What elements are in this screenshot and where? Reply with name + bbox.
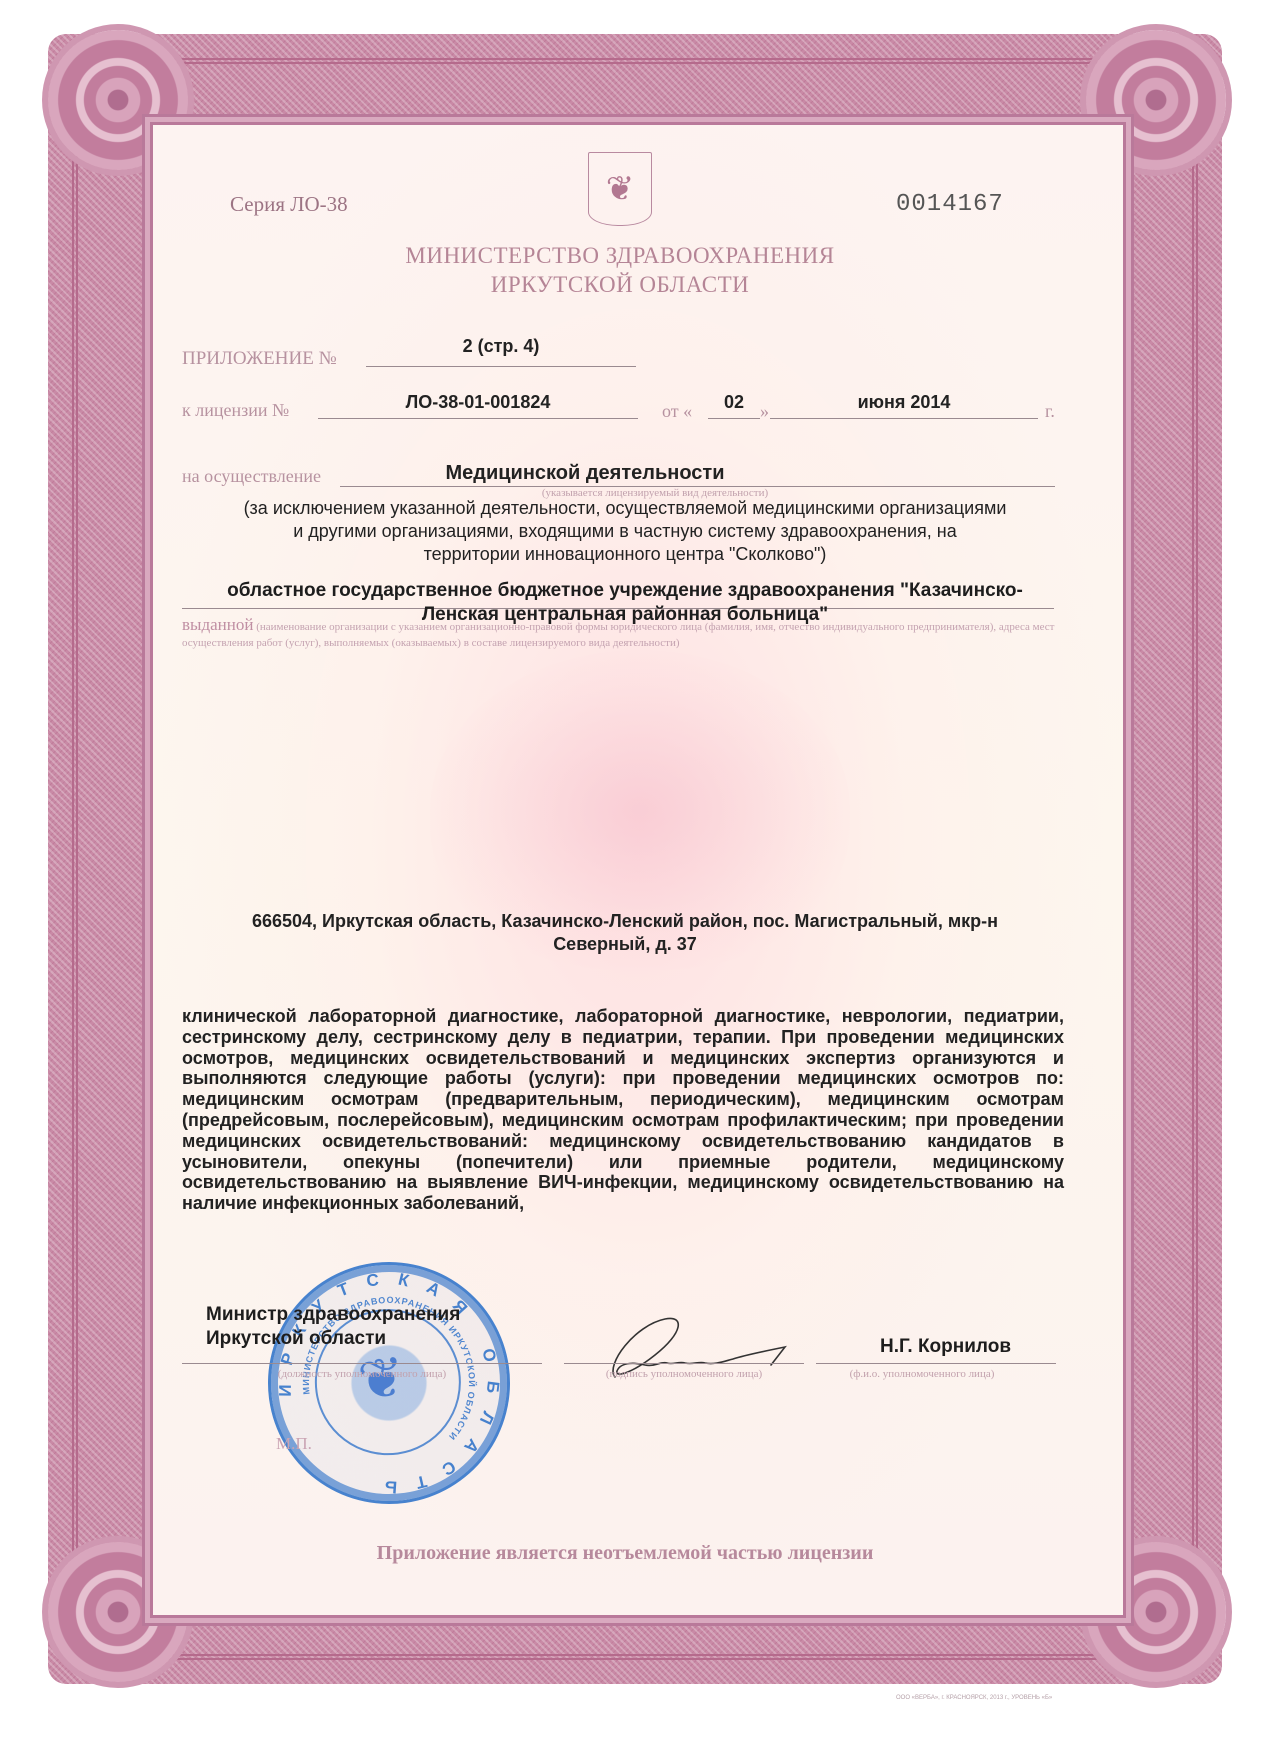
issued-caption: (наименование организации с указанием ор… [182, 621, 1054, 649]
position-caption: (должность уполномоченного лица) [182, 1368, 542, 1380]
year-suffix: г. [1045, 401, 1055, 422]
printer-imprint: ООО «ВЕРБА», г. КРАСНОЯРСК, 2013 г., УРО… [896, 1695, 1052, 1701]
signatory-name: Н.Г. Корнилов [880, 1336, 1011, 1358]
activity-exclusion-line3: территории инновационного центра "Сколко… [180, 543, 1070, 566]
ministry-title-line2: ИРКУТСКОЙ ОБЛАСТИ [300, 272, 940, 298]
date-from-label: от « [662, 401, 692, 422]
date-month-year: июня 2014 [770, 392, 1038, 413]
license-number-line [318, 418, 638, 419]
activity-exclusion-line1: (за исключением указанной деятельности, … [180, 497, 1070, 520]
signatory-position-line1: Министр здравоохранения [206, 1303, 460, 1327]
date-month-line [770, 418, 1038, 419]
organization-line1: областное государственное бюджетное учре… [180, 578, 1070, 604]
form-series: Серия ЛО-38 [230, 192, 348, 217]
name-line [816, 1363, 1056, 1364]
signatory-position-line2: Иркутской области [206, 1327, 460, 1351]
seal-placeholder-label: М.П. [276, 1434, 312, 1454]
date-close-quote: » [760, 401, 769, 422]
appendix-label: ПРИЛОЖЕНИЕ № [182, 348, 337, 370]
footer-note: Приложение является неотъемлемой частью … [300, 1542, 950, 1565]
activity-exclusion-line2: и другими организациями, входящими в час… [180, 520, 1070, 543]
ministry-title-line1: МИНИСТЕРСТВО ЗДРАВООХРАНЕНИЯ [300, 243, 940, 269]
address-line1: 666504, Иркутская область, Казачинско-Ле… [180, 910, 1070, 933]
activity-label: на осуществление [182, 466, 321, 487]
signature-line [564, 1363, 804, 1364]
official-seal-stamp: ИРКУТСКАЯ ОБЛАСТЬ МИНИСТЕРСТВО ЗДРАВООХР… [252, 1246, 525, 1519]
signature-caption: (подпись уполномоченного лица) [564, 1368, 804, 1380]
date-day-line [708, 418, 760, 419]
signatory-position: Министр здравоохранения Иркутской област… [206, 1303, 460, 1351]
name-caption: (ф.и.о. уполномоченного лица) [816, 1368, 1028, 1380]
form-number: 0014167 [896, 191, 1004, 218]
appendix-value: 2 (стр. 4) [366, 336, 636, 357]
address-block: 666504, Иркутская область, Казачинско-Ле… [180, 910, 1070, 956]
position-line [182, 1363, 542, 1364]
license-number: ЛО-38-01-001824 [318, 392, 638, 413]
appendix-line [366, 366, 636, 367]
date-day: 02 [708, 392, 760, 413]
issued-caption-block: выданной (наименование организации с ука… [182, 617, 1062, 651]
issued-label: выданной [182, 615, 253, 634]
coat-of-arms-icon: ❦ [588, 152, 652, 226]
activity-value: Медицинской деятельности [340, 462, 830, 485]
license-label: к лицензии № [182, 400, 289, 421]
address-line2: Северный, д. 37 [180, 933, 1070, 956]
services-text: клинической лабораторной диагностике, ла… [182, 1006, 1064, 1214]
